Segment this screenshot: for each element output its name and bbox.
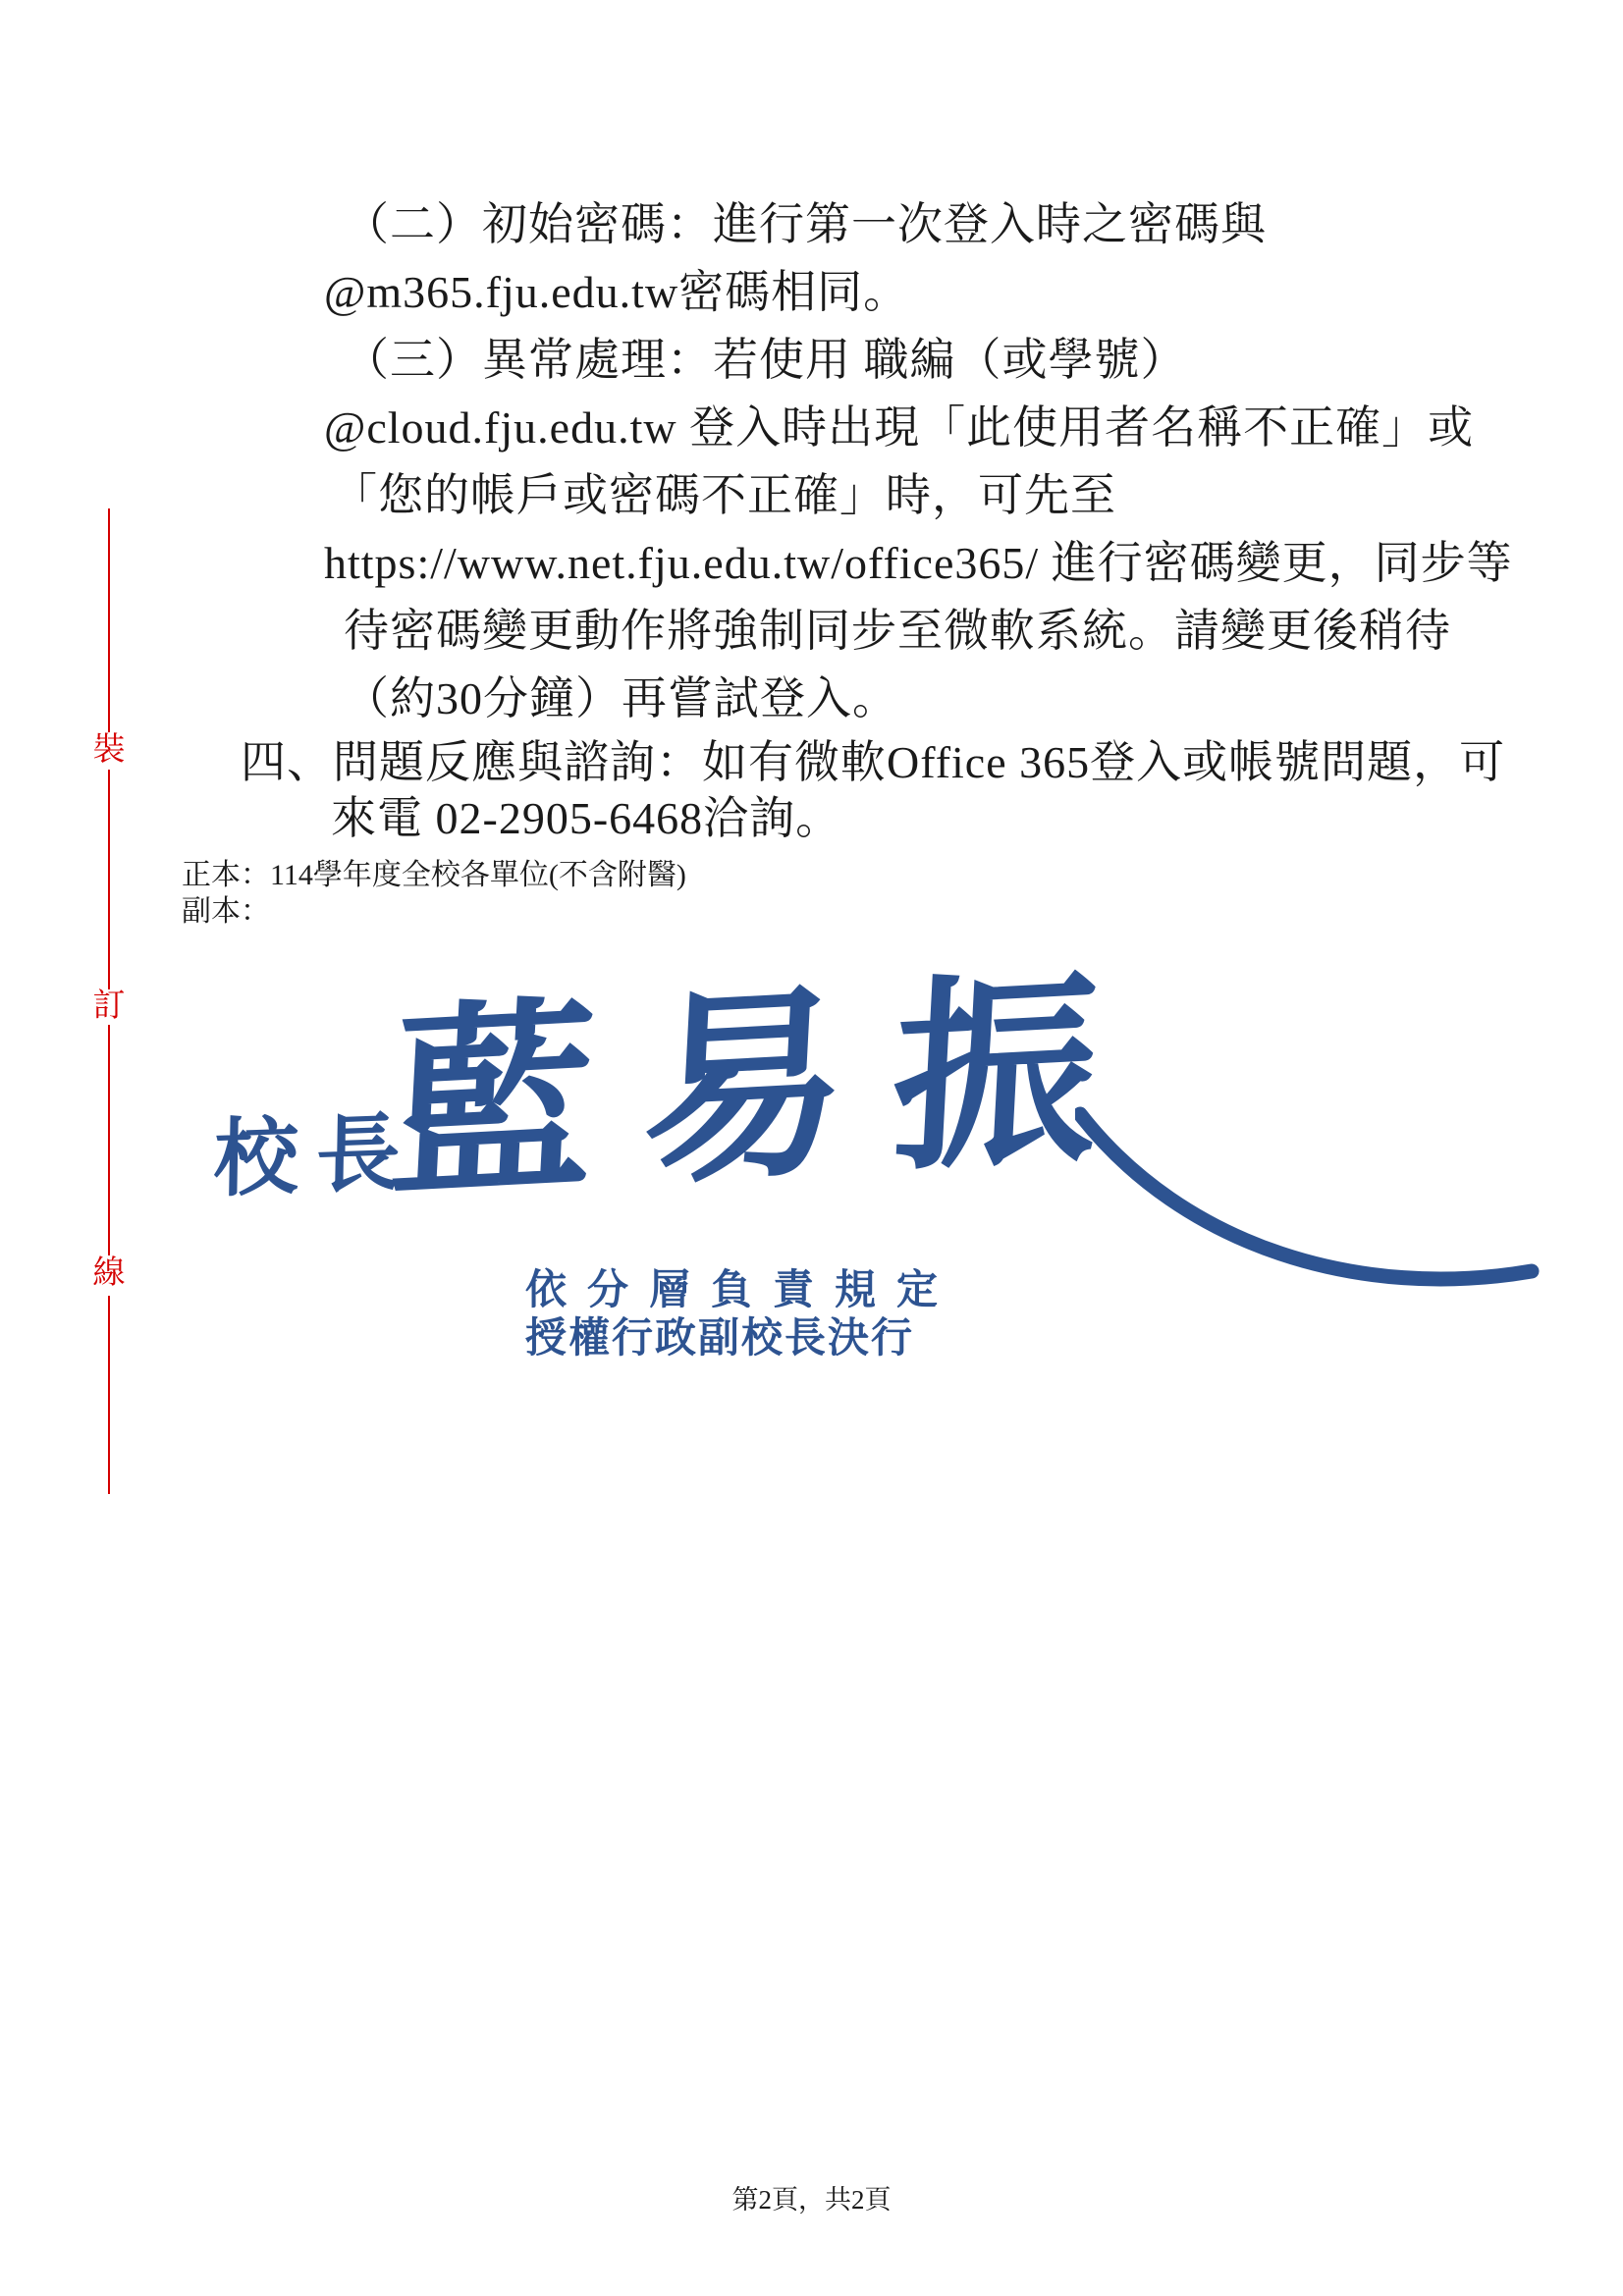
body-line-2: @m365.fju.edu.tw密碼相同。 <box>324 269 909 316</box>
president-signature: 藍易振 <box>386 961 1150 1215</box>
authorization-stamp-line-2: 授權行政副校長決行 <box>525 1306 914 1364</box>
body-line-5: 「您的帳戶或密碼不正確」時，可先至 <box>332 472 1116 519</box>
binding-mark-zhuang: 裝 <box>93 734 126 767</box>
binding-mark-xian: 線 <box>93 1257 126 1290</box>
binding-line-segment <box>108 1296 110 1494</box>
body-line-4: @cloud.fju.edu.tw 登入時出現「此使用者名稱不正確」或 <box>324 404 1474 452</box>
body-line-3: （三）異常處理：若使用 職編（或學號） <box>344 337 1187 384</box>
body-line-8: （約30分鐘）再嘗試登入。 <box>344 675 898 722</box>
document-page: 裝 訂 線 （二）初始密碼：進行第一次登入時之密碼與 @m365.fju.edu… <box>0 0 1623 2296</box>
body-line-10: 來電 02-2905-6468洽詢。 <box>331 795 841 842</box>
binding-line-segment <box>108 770 110 989</box>
distribution-original: 正本：114學年度全校各單位(不含附醫) <box>182 860 686 891</box>
signature-flourish-stroke <box>1075 1099 1546 1325</box>
page-number-indicator: 第2頁，共2頁 <box>732 2178 892 2216</box>
body-line-9: 四、問題反應與諮詢：如有微軟Office 365登入或帳號問題，可 <box>241 739 1505 786</box>
distribution-copy: 副本： <box>182 896 270 928</box>
binding-line-segment <box>108 1025 110 1255</box>
body-line-6: https://www.net.fju.edu.tw/office365/ 進行… <box>324 540 1513 587</box>
body-line-7: 待密碼變更動作將強制同步至微軟系統。請變更後稍待 <box>344 608 1451 655</box>
body-line-1: （二）初始密碼：進行第一次登入時之密碼與 <box>344 201 1267 248</box>
binding-line-segment <box>108 508 110 732</box>
binding-mark-ding: 訂 <box>93 990 126 1023</box>
